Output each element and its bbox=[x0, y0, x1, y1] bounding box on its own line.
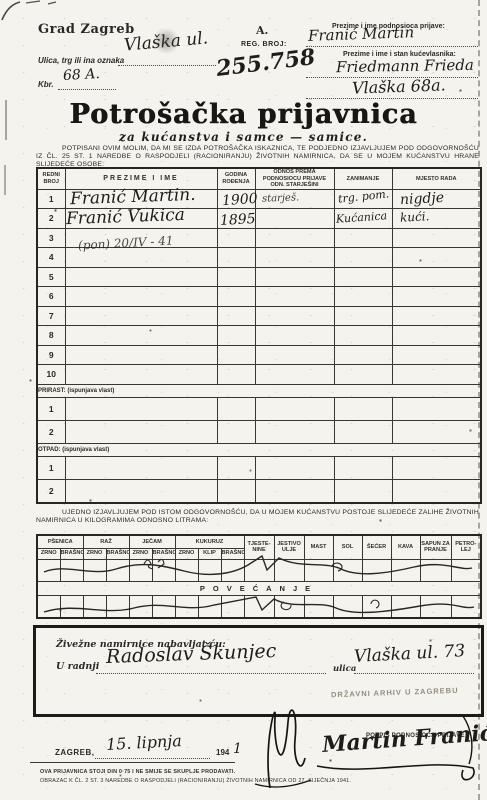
row-number: 2 bbox=[37, 479, 65, 503]
prirast-row: 2 bbox=[37, 420, 481, 443]
supplies-paragraph: UJEDNO IZJAVLJUJEM POD ISTOM ODGOVORNOŠĆ… bbox=[36, 509, 479, 525]
empty-cell bbox=[392, 397, 481, 420]
intro-paragraph: POTPISANI OVIM MOLIM, DA MI SE IZDA POTR… bbox=[36, 145, 479, 169]
group-psenica: PŠENICA bbox=[37, 535, 83, 548]
person-row: 8 bbox=[37, 326, 481, 346]
hw-row2-name: Franić Vukica bbox=[66, 207, 185, 228]
crossout-strokes bbox=[36, 550, 480, 622]
cell-relation bbox=[255, 345, 334, 365]
row-number: 7 bbox=[37, 306, 65, 326]
cell-relation bbox=[255, 287, 334, 307]
empty-cell bbox=[217, 456, 255, 479]
cell-relation bbox=[255, 248, 334, 268]
group-kukuruz: KUKURUZ bbox=[175, 535, 244, 548]
group-raz: RAŽ bbox=[83, 535, 129, 548]
cell-workplace bbox=[392, 326, 481, 346]
hw-row1-year: 1900 bbox=[222, 192, 259, 208]
empty-cell bbox=[217, 420, 255, 443]
hw-row2-year: 1895 bbox=[220, 212, 256, 228]
header-zanimanje: ZANIMANJE bbox=[334, 168, 392, 189]
cell-occupation bbox=[334, 326, 392, 346]
empty-cell bbox=[65, 479, 217, 503]
cell-year bbox=[217, 248, 255, 268]
reg-number-label: REG. BROJ: bbox=[241, 41, 287, 48]
group-jecam: JEČAM bbox=[129, 535, 175, 548]
cell-relation bbox=[255, 267, 334, 287]
shop-street-line bbox=[354, 672, 474, 674]
cell-relation bbox=[255, 365, 334, 385]
kbr-handwriting: 68 A. bbox=[63, 67, 101, 83]
cell-occupation bbox=[334, 306, 392, 326]
shop-radnja-label: U radnji bbox=[56, 661, 99, 672]
empty-cell bbox=[255, 397, 334, 420]
cell-name bbox=[65, 345, 217, 365]
section-letter: A. bbox=[256, 24, 268, 37]
empty-cell bbox=[217, 397, 255, 420]
cell-year bbox=[217, 365, 255, 385]
row-number: 3 bbox=[37, 228, 65, 248]
header-odnos: ODNOS PREMA PODNOSIOCU PRIJAVE ODN. STAR… bbox=[255, 168, 334, 189]
footer-note-1: OVA PRIJAVNICA STOJI DIN 0·75 I NE SMIJE… bbox=[40, 768, 235, 777]
row-number: 10 bbox=[37, 365, 65, 385]
landlord-name-handwriting: Friedmann Frieda bbox=[336, 58, 474, 75]
empty-cell bbox=[65, 397, 217, 420]
cell-relation bbox=[255, 209, 334, 229]
cell-workplace bbox=[392, 345, 481, 365]
supplies-group-header: PŠENICA RAŽ JEČAM KUKURUZ TJESTE-NINE JE… bbox=[37, 535, 481, 548]
prirast-strip: PRIRAST: (ispunjava vlast) bbox=[37, 384, 481, 397]
row-number: 1 bbox=[37, 456, 65, 479]
prirast-label: PRIRAST: (ispunjava vlast) bbox=[37, 384, 481, 397]
empty-cell bbox=[334, 456, 392, 479]
cell-name bbox=[65, 287, 217, 307]
row-number: 2 bbox=[37, 420, 65, 443]
empty-cell bbox=[255, 456, 334, 479]
cell-name bbox=[65, 365, 217, 385]
cell-relation bbox=[255, 326, 334, 346]
cell-name bbox=[65, 267, 217, 287]
otpad-row: 1 bbox=[37, 456, 481, 479]
row-number: 4 bbox=[37, 248, 65, 268]
cell-name bbox=[65, 306, 217, 326]
cell-occupation bbox=[334, 287, 392, 307]
empty-cell bbox=[392, 479, 481, 503]
empty-cell bbox=[392, 420, 481, 443]
hw-row1-relation: starješ. bbox=[262, 193, 300, 204]
form-subtitle: za kućanstva i samce — samice. bbox=[0, 130, 487, 144]
cell-year bbox=[217, 267, 255, 287]
empty-cell bbox=[217, 479, 255, 503]
person-row: 5 bbox=[37, 267, 481, 287]
empty-cell bbox=[255, 479, 334, 503]
cell-year bbox=[217, 287, 255, 307]
shop-ulica-label: ulica bbox=[333, 664, 356, 674]
row-number: 2 bbox=[37, 209, 65, 229]
person-row: 6 bbox=[37, 287, 481, 307]
cell-relation bbox=[255, 228, 334, 248]
cell-occupation bbox=[334, 228, 392, 248]
cell-occupation bbox=[334, 365, 392, 385]
row-number: 8 bbox=[37, 326, 65, 346]
row-number: 6 bbox=[37, 287, 65, 307]
form-title: Potrošačka prijavnica bbox=[0, 99, 487, 130]
row-number: 9 bbox=[37, 345, 65, 365]
empty-cell bbox=[65, 420, 217, 443]
hw-row1-workplace: nigdje bbox=[400, 191, 445, 207]
reg-number-handwriting: 255.758 bbox=[215, 46, 316, 80]
empty-cell bbox=[334, 397, 392, 420]
person-row: 7 bbox=[37, 306, 481, 326]
empty-cell bbox=[255, 420, 334, 443]
empty-cell bbox=[65, 456, 217, 479]
footer-note-2: OBRAZAC K ČL. 2 ST. 3 NAREDBE O RASPODJE… bbox=[40, 777, 351, 786]
footer-rule bbox=[30, 762, 235, 763]
edge-tick bbox=[4, 165, 6, 195]
cell-year bbox=[217, 228, 255, 248]
cell-workplace bbox=[392, 365, 481, 385]
cell-year bbox=[217, 326, 255, 346]
cell-workplace bbox=[392, 248, 481, 268]
row-number: 5 bbox=[37, 267, 65, 287]
row-number: 1 bbox=[37, 189, 65, 209]
applicant-handwriting: Franić Martin bbox=[308, 25, 415, 44]
row-number: 1 bbox=[37, 397, 65, 420]
kbr-label: Kbr. bbox=[38, 80, 54, 89]
date-handwriting: 15. lipnja bbox=[106, 733, 183, 753]
landlord-address-handwriting: Vlaška 68a. bbox=[352, 77, 446, 96]
header-mjesto-rada: MJESTO RADA bbox=[392, 168, 481, 189]
applicant-line bbox=[306, 45, 478, 47]
cell-occupation bbox=[334, 248, 392, 268]
hw-row2-workplace: kući. bbox=[400, 210, 430, 224]
cell-name bbox=[65, 326, 217, 346]
kbr-line bbox=[58, 88, 116, 90]
header-redni-broj: REDNI BROJ bbox=[37, 168, 65, 189]
otpad-label: OTPAD: (ispunjava vlast) bbox=[37, 443, 481, 456]
shop-name-handwriting: Radoslav Škunjec bbox=[106, 642, 277, 667]
ink-smudge bbox=[152, 28, 180, 54]
cell-relation bbox=[255, 306, 334, 326]
otpad-row: 2 bbox=[37, 479, 481, 503]
cell-workplace bbox=[392, 228, 481, 248]
cell-year bbox=[217, 306, 255, 326]
cell-occupation bbox=[334, 345, 392, 365]
scanned-form-page: Grad Zagreb Ulica, trg ili ina oznaka Vl… bbox=[0, 0, 487, 800]
corner-pen-mark bbox=[0, 0, 70, 22]
empty-cell bbox=[334, 420, 392, 443]
otpad-strip: OTPAD: (ispunjava vlast) bbox=[37, 443, 481, 456]
prirast-row: 1 bbox=[37, 397, 481, 420]
shop-name-line bbox=[96, 672, 326, 674]
cell-workplace bbox=[392, 306, 481, 326]
zagreb-label: ZAGREB, bbox=[55, 748, 95, 757]
city-heading: Grad Zagreb bbox=[38, 22, 135, 37]
cell-occupation bbox=[334, 267, 392, 287]
cell-workplace bbox=[392, 267, 481, 287]
persons-table-header: REDNI BROJ PREZIME I IME GODINA ROĐENJA … bbox=[37, 168, 481, 189]
header-godina: GODINA ROĐENJA bbox=[217, 168, 255, 189]
person-row: 10 bbox=[37, 365, 481, 385]
shop-street-handwriting: Vlaška ul. 73 bbox=[354, 643, 466, 666]
cell-year bbox=[217, 345, 255, 365]
empty-cell bbox=[334, 479, 392, 503]
person-row: 9 bbox=[37, 345, 481, 365]
street-label: Ulica, trg ili ina oznaka bbox=[38, 56, 124, 65]
street-line bbox=[118, 64, 216, 66]
date-line bbox=[95, 757, 210, 759]
cell-workplace bbox=[392, 287, 481, 307]
hw-row2-occupation: Kućanica bbox=[336, 210, 388, 225]
empty-cell bbox=[392, 456, 481, 479]
